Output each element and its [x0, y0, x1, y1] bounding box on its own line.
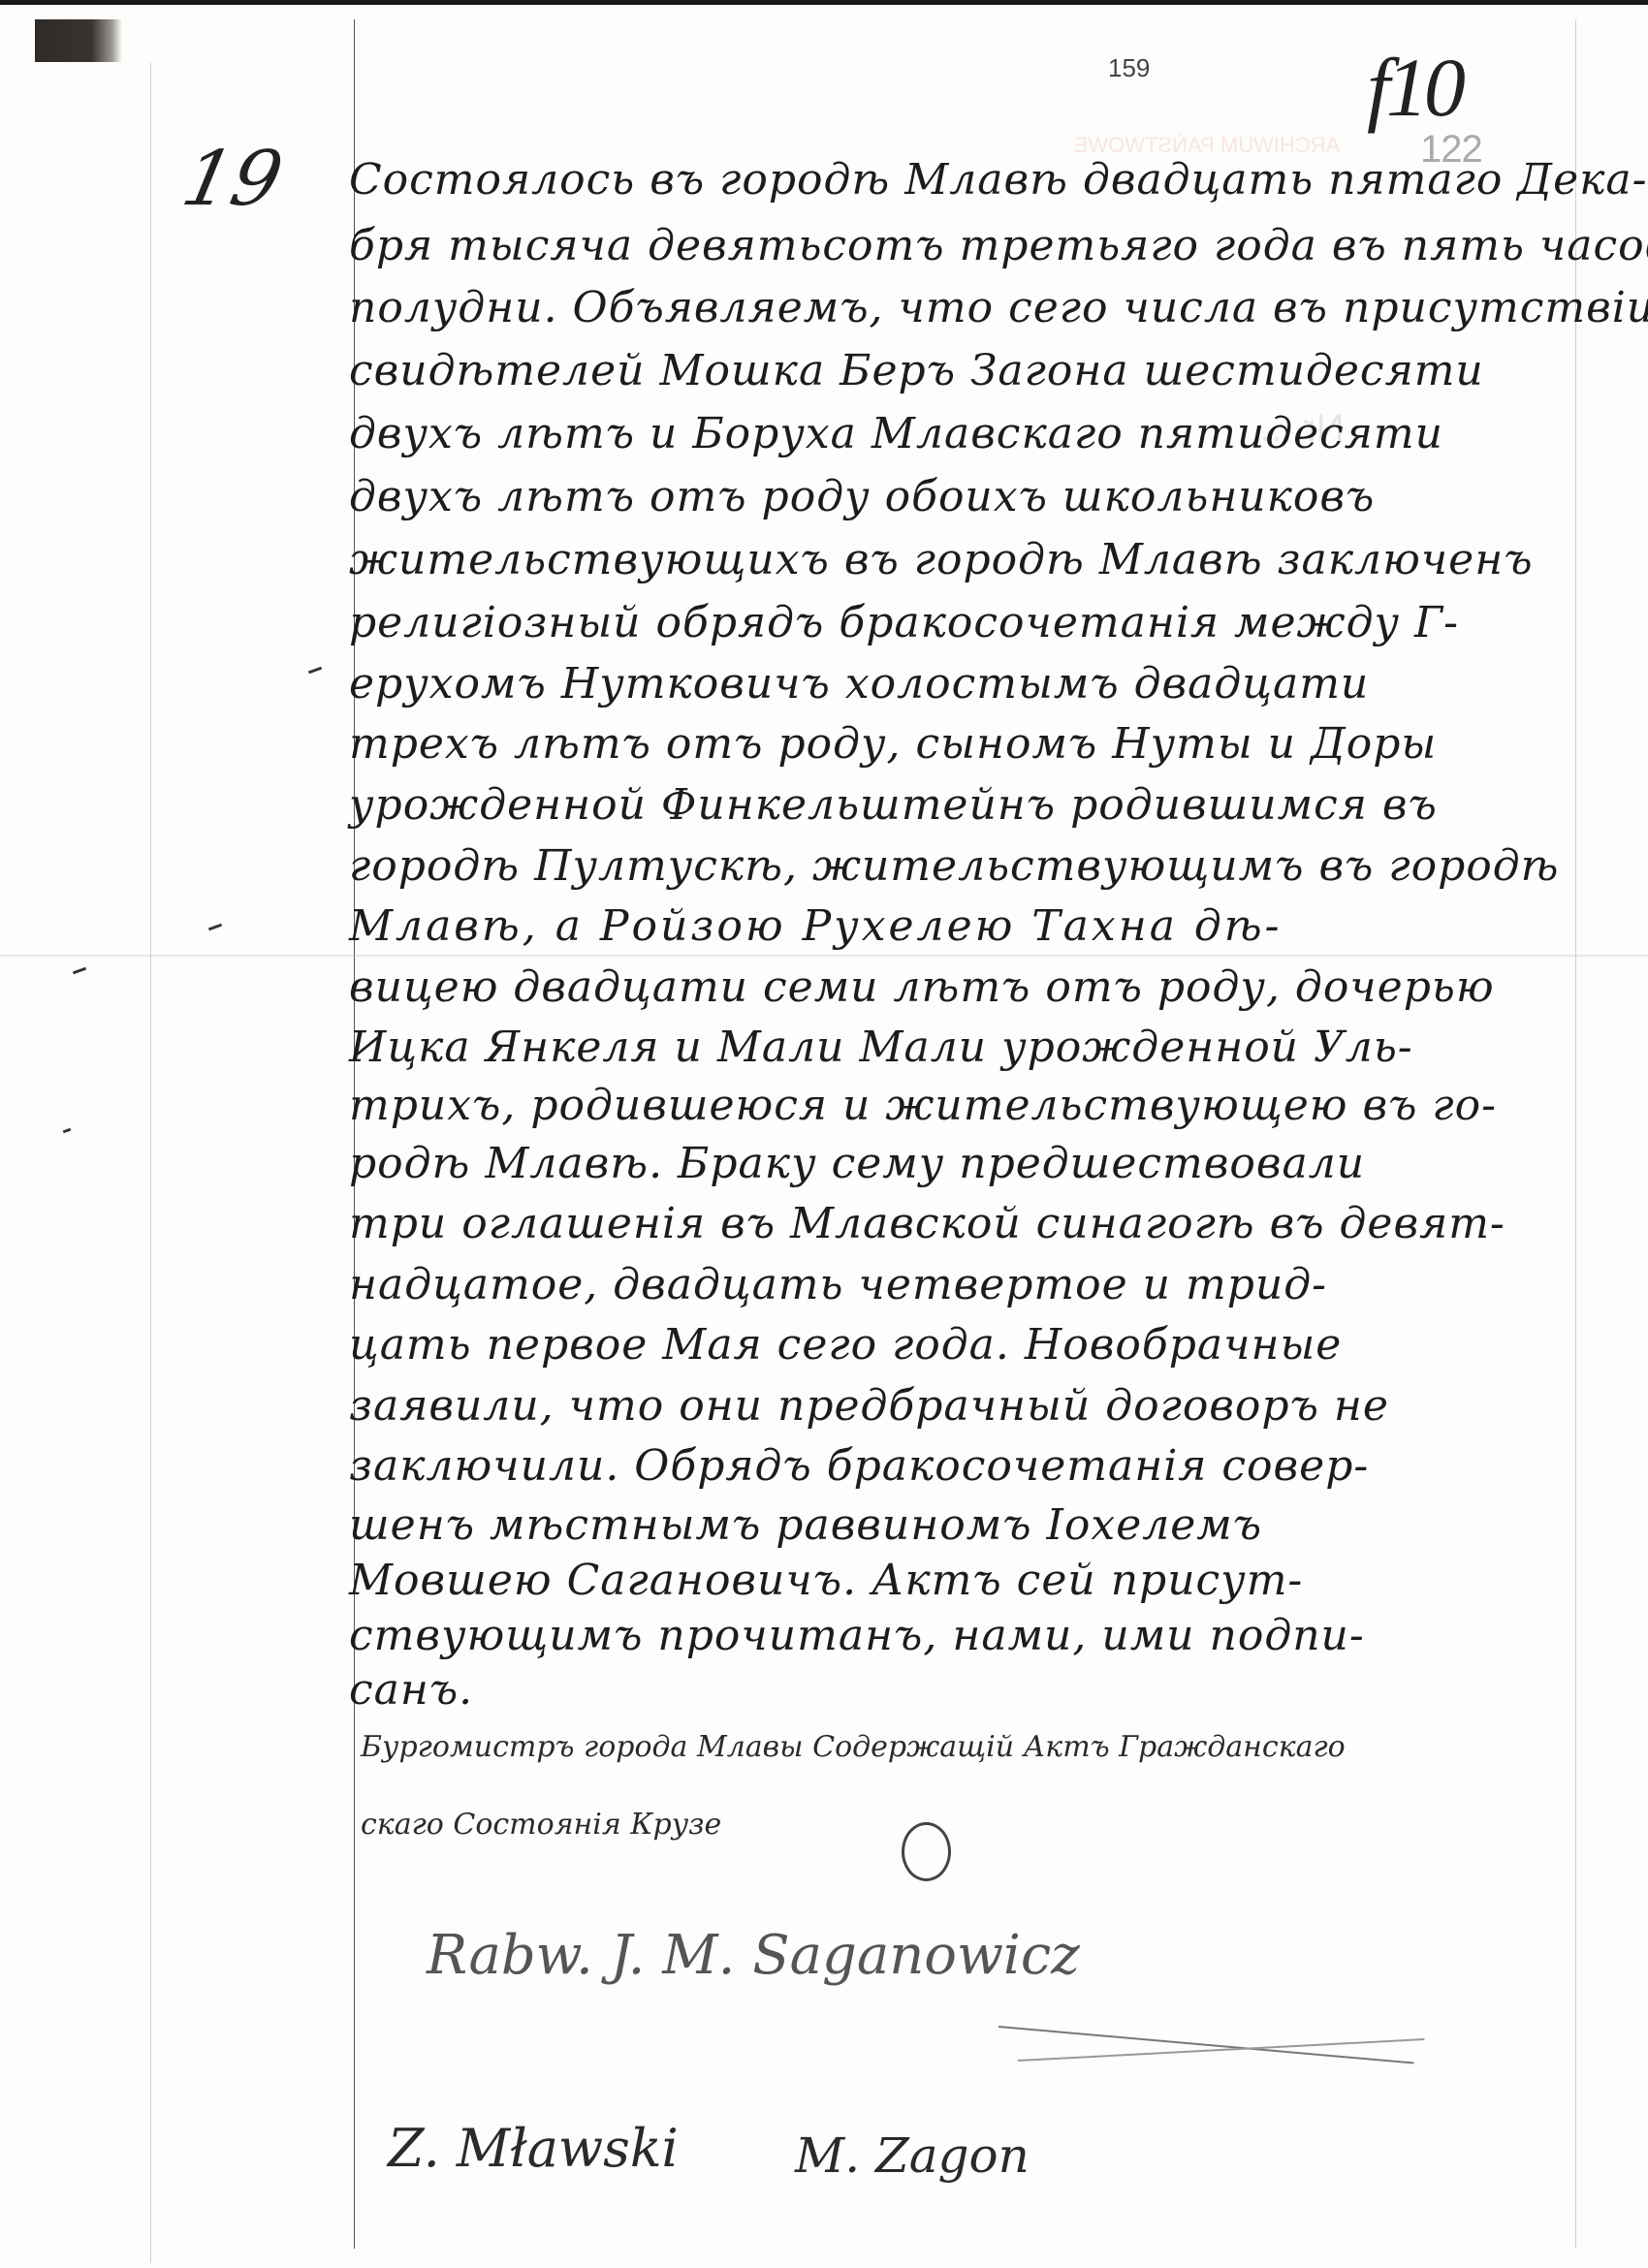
body-line: шенъ мѣстнымъ раввиномъ Іохелемъ: [349, 1500, 1262, 1550]
archive-initial-mark: f10: [1367, 39, 1462, 136]
margin-mark: [73, 967, 86, 975]
body-line: Состоялось въ городѣ Млавѣ двадцать пята…: [349, 155, 1648, 205]
margin-mark: [208, 924, 222, 931]
body-line: санъ.: [349, 1665, 473, 1715]
right-margin-rule: [1575, 19, 1576, 2249]
body-line: заключили. Обрядъ бракосочетанія совер-: [349, 1441, 1369, 1491]
body-line: двухъ лѣтъ и Боруха Млавскаго пятидесяти: [349, 409, 1443, 458]
body-line: свидѣтелей Мошка Беръ Загона шестидесяти: [349, 346, 1484, 395]
body-line: Мовшею Сагановичъ. Актъ сей присут-: [349, 1556, 1303, 1605]
body-line: вицею двадцати семи лѣтъ отъ роду, дочер…: [349, 962, 1495, 1012]
pencil-folio-number: 159: [1108, 53, 1150, 83]
body-line: Млавѣ, а Ройзою Рухелею Тахна дѣ-: [349, 901, 1283, 951]
scan-top-edge: [0, 0, 1648, 5]
scan-corner-shadow: [35, 19, 122, 62]
body-line: ствующимъ прочитанъ, нами, ими подпи-: [349, 1611, 1365, 1660]
paper-fold-crease: [0, 955, 1648, 957]
margin-mark: [308, 667, 322, 675]
body-line: трихъ, родившеюся и жительствующею въ го…: [349, 1081, 1497, 1130]
margin-mark: [63, 1128, 72, 1134]
body-line: Ицка Янкеля и Мали Мали урожденной Уль-: [349, 1023, 1413, 1072]
rabbi-signature: Rabw. J. M. Saganowicz: [427, 1924, 1080, 1987]
body-line: надцатое, двадцать четвертое и трид-: [349, 1260, 1327, 1309]
body-line: три оглашенія въ Млавской синагогѣ въ де…: [349, 1199, 1505, 1248]
body-line: жительствующихъ въ городѣ Млавѣ заключен…: [349, 535, 1534, 584]
registrar-line-2: скаго Состоянія Крузе: [361, 1808, 721, 1842]
witness-signature-1: Z. Mławski: [388, 2118, 679, 2179]
body-line: цать первое Мая сего года. Новобрачные: [349, 1320, 1342, 1370]
body-line: двухъ лѣтъ отъ роду обоихъ школьниковъ: [349, 472, 1375, 521]
body-line: бря тысяча девятьсотъ третьяго года въ п…: [349, 221, 1648, 270]
body-line: родѣ Млавѣ. Браку сему предшествовали: [349, 1139, 1365, 1188]
body-line: религіозный обрядъ бракосочетанія между …: [349, 598, 1459, 647]
body-line: городѣ Пултускѣ, жительствующимъ въ горо…: [349, 841, 1559, 891]
body-line: ерухомъ Нутковичъ холостымъ двадцати: [349, 659, 1369, 709]
record-number: 19: [174, 136, 289, 223]
body-line: урожденной Финкельштейнъ родившимся въ: [349, 780, 1438, 830]
registrar-line-1: Бургомистръ города Млавы Содержащій Актъ…: [361, 1730, 1346, 1764]
body-line: заявили, что они предбрачный договоръ не: [349, 1381, 1389, 1431]
body-line: трехъ лѣтъ отъ роду, сыномъ Нуты и Доры: [349, 719, 1437, 769]
outer-margin-rule: [150, 63, 151, 2263]
witness-signature-2: M. Zagon: [795, 2127, 1030, 2184]
body-line: полудни. Объявляемъ, что сего числа въ п…: [349, 283, 1648, 332]
registrar-flourish: [902, 1822, 951, 1881]
